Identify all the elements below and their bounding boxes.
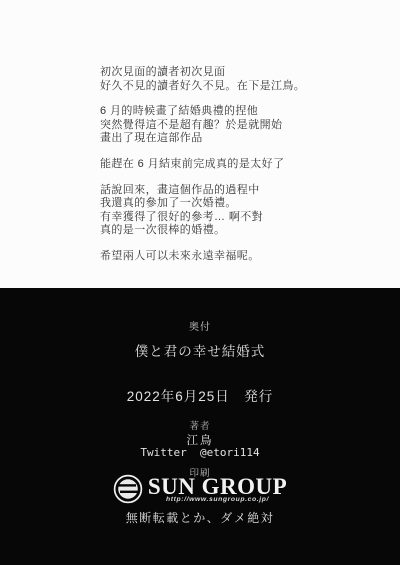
- colophon-label: 奥付: [0, 318, 400, 333]
- afterword-line: 我還真的參加了一次婚禮。: [100, 197, 360, 211]
- sun-group-logo-icon: [113, 474, 143, 504]
- book-title: 僕と君の幸せ結婚式: [0, 340, 400, 360]
- afterword-paragraph: 能趕在 6 月結束前完成真的是太好了: [100, 158, 360, 172]
- afterword-line: 有幸獲得了很好的參考… 啊不對: [100, 211, 360, 225]
- afterword-line: 真的是一次很棒的婚禮。: [100, 224, 360, 238]
- afterword-paragraph: 希望兩人可以未來永遠幸福呢。: [100, 250, 360, 264]
- afterword-line: 好久不見的讀者好久不見。在下是江鳥。: [100, 80, 360, 94]
- afterword-line: 畫出了現在這部作品: [100, 132, 360, 146]
- manga-colophon-page: 初次見面的讀者初次見面 好久不見的讀者好久不見。在下是江鳥。 6 月的時候畫了結…: [0, 0, 400, 565]
- afterword-paragraph: 初次見面的讀者初次見面 好久不見的讀者好久不見。在下是江鳥。: [100, 66, 360, 93]
- afterword-line: 突然覺得這不是超有趣？於是就開始: [100, 119, 360, 133]
- printer-text: SUN GROUP http://www.sungroup.co.jp/: [148, 475, 287, 503]
- publish-date: 2022年6月25日 発行: [0, 385, 400, 405]
- afterword-line: 初次見面的讀者初次見面: [100, 66, 360, 80]
- printer-logo: SUN GROUP http://www.sungroup.co.jp/: [0, 474, 400, 504]
- afterword-line: 6 月的時候畫了結婚典禮的捏他: [100, 105, 360, 119]
- afterword-text: 初次見面的讀者初次見面 好久不見的讀者好久不見。在下是江鳥。 6 月的時候畫了結…: [100, 66, 360, 276]
- afterword-paragraph: 話說回來，畫這個作品的過程中 我還真的參加了一次婚禮。 有幸獲得了很好的參考… …: [100, 184, 360, 238]
- afterword-line: 話說回來，畫這個作品的過程中: [100, 184, 360, 198]
- afterword-paragraph: 6 月的時候畫了結婚典禮的捏他 突然覺得這不是超有趣？於是就開始 畫出了現在這部…: [100, 105, 360, 146]
- author-label: 著者: [0, 418, 400, 432]
- reprint-notice: 無断転載とか、ダメ絶対: [0, 509, 400, 526]
- printer-url: http://www.sungroup.co.jp/: [148, 496, 287, 503]
- twitter-handle: Twitter @etori114: [0, 446, 400, 459]
- colophon-section: 奥付 僕と君の幸せ結婚式 2022年6月25日 発行 著者 江鳥 Twitter…: [0, 288, 400, 565]
- afterword-line: 能趕在 6 月結束前完成真的是太好了: [100, 158, 360, 172]
- afterword-line: 希望兩人可以未來永遠幸福呢。: [100, 250, 360, 264]
